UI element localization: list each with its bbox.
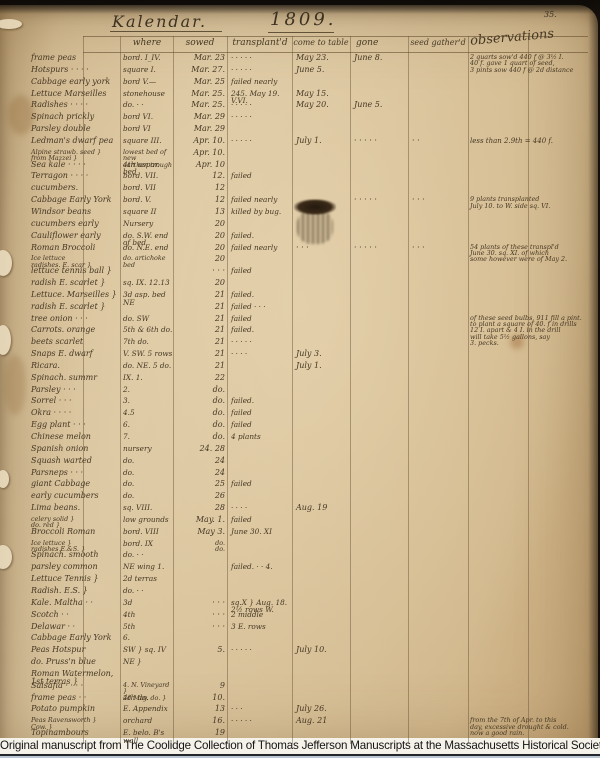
cell-plant-name: Salsafia · · · · — [31, 682, 123, 690]
cell-plant-name: cucumbers. — [31, 184, 123, 192]
cell-plant-name: Sea kale · · · · — [31, 161, 123, 169]
cell-where: bord. IX — [123, 540, 175, 548]
cell-where: do. N.E. end — [123, 244, 175, 252]
cell-where: bord VI — [123, 125, 175, 133]
manuscript-photo: Kalendar. 1809. 35. where sowed transpla… — [0, 0, 600, 758]
table-row: Lettuce. Marseilles } 3d asp. bed NE 21 … — [0, 291, 598, 303]
cell-where: IX. 1. — [123, 374, 175, 382]
cell-sowed: · · · — [177, 623, 225, 631]
cell-transplanted: failed — [231, 516, 293, 524]
cell-plant-name: Topinambours — [31, 729, 123, 737]
cell-where: do. NE. 5 do. — [123, 362, 175, 370]
footer-strip — [0, 754, 600, 758]
cell-sowed: 20 — [177, 232, 225, 240]
cell-plant-name: Spanish onion — [31, 445, 123, 453]
cell-gone: June 8. — [354, 54, 408, 62]
cell-transplanted: failed nearly — [231, 196, 293, 204]
cell-plant-name: Cabbage Early York — [31, 634, 123, 642]
cell-sowed: 24 — [177, 457, 225, 465]
cell-sowed: Mar. 29 — [177, 113, 225, 121]
cell-come-to-table: June 5. — [296, 66, 350, 74]
cell-observations: of these seed bulbs, 911 fill a pint. to… — [470, 315, 590, 347]
cell-where: bord. VIII — [123, 528, 175, 536]
cell-where: bord. V. — [123, 196, 175, 204]
cell-where: Nursery — [123, 220, 175, 228]
cell-transplanted: failed nearly — [231, 244, 293, 252]
cell-transplanted: failed. — [231, 326, 293, 334]
cell-transplanted: failed — [231, 172, 293, 180]
cell-sowed: 12. — [177, 172, 225, 180]
cell-plant-name: Peas Hotspur — [31, 646, 123, 654]
cell-sowed: do. — [177, 421, 225, 429]
photo-top-shadow — [0, 0, 600, 14]
cell-plant-name: Radishes · · · · — [31, 101, 123, 109]
cell-come-to-table: July 1. — [296, 362, 350, 370]
cell-where: do. · · — [123, 587, 175, 595]
table-row: Broccoli Roman bord. VIII May 3. June 30… — [0, 528, 598, 540]
cell-transplanted: failed — [231, 315, 293, 323]
cell-transplanted: · · · · · — [231, 717, 293, 725]
cell-plant-name: beets scarlet — [31, 338, 123, 346]
cell-sowed: 16. — [177, 717, 225, 725]
cell-plant-name: Potato pumpkin — [31, 705, 123, 713]
cell-sowed: 28 — [177, 504, 225, 512]
cell-gone: June 5. — [354, 101, 408, 109]
cell-plant-name: radish E. scarlet } — [31, 303, 123, 311]
cell-where: 5th — [123, 623, 175, 631]
cell-sowed: do. — [177, 397, 225, 405]
cell-observations: 9 plants transplanted July 10. to W. sid… — [470, 196, 590, 209]
cell-sowed: Mar. 25. — [177, 90, 225, 98]
cell-plant-name: Ricara. — [31, 362, 123, 370]
cell-observations: less than 2.9th = 440 f. — [470, 137, 590, 145]
cell-come-to-table: July 10. — [296, 646, 350, 654]
cell-where: 3d — [123, 599, 175, 607]
table-row: Salsafia · · · · 4. N. Vineyard } 2d May… — [0, 682, 598, 694]
table-row: Parsley · · · 2. do. — [0, 386, 598, 398]
cell-where: square I. — [123, 66, 175, 74]
table-row: Lettuce Tennis } 2d terras — [0, 575, 598, 587]
cell-plant-name: Lettuce Marseilles — [31, 90, 123, 98]
cell-transplanted: · · · · — [231, 504, 293, 512]
column-header-sowed: sowed — [175, 38, 225, 48]
cell-transplanted: failed — [231, 409, 293, 417]
cell-where: nursery — [123, 445, 175, 453]
cell-transplanted: · · · · · — [231, 101, 293, 109]
cell-plant-name: lettuce tennis ball } — [31, 267, 123, 275]
cell-where: do. · · — [123, 551, 175, 559]
year-underline — [268, 32, 334, 33]
cell-seed-gathered: · · — [412, 137, 468, 145]
cell-plant-name: Cauliflower early — [31, 232, 123, 240]
cell-plant-name: Ledman's dwarf pea — [31, 137, 123, 145]
cell-transplanted: · · · · · — [231, 54, 293, 62]
cell-transplanted: failed nearly — [231, 78, 293, 86]
cell-plant-name: Lettuce Tennis } — [31, 575, 123, 583]
cell-plant-name: Parsneps · · · — [31, 469, 123, 477]
cell-sowed: 5. — [177, 646, 225, 654]
cell-where: NE wing 1. — [123, 563, 175, 571]
cell-where: E. belo. B's wall — [123, 729, 175, 744]
cell-sowed: 9 — [177, 682, 225, 690]
cell-where: bord. VII. — [123, 172, 175, 180]
cell-transplanted: failed — [231, 267, 293, 275]
cell-sowed: Mar. 27. — [177, 66, 225, 74]
cell-where: 5th & 6th do. — [123, 326, 175, 334]
table-row: Lima beans. sq. VIII. 28 · · · · Aug. 19 — [0, 504, 598, 516]
cell-where: 3. — [123, 397, 175, 405]
cell-plant-name: Broccoli Roman — [31, 528, 123, 536]
cell-plant-name: Carrots. orange — [31, 326, 123, 334]
cell-sowed: 21 — [177, 315, 225, 323]
cell-come-to-table: May 23. — [296, 54, 350, 62]
cell-sowed: 13 — [177, 705, 225, 713]
table-row: Roman Watermelon, 1st terras } — [0, 670, 598, 682]
cell-transplanted: · · · · · — [231, 66, 293, 74]
cell-come-to-table: · · · — [296, 244, 350, 252]
cell-plant-name: radish E. scarlet } — [31, 279, 123, 287]
cell-transplanted: June 30. XI — [231, 528, 293, 536]
cell-sowed: Apr. 10. — [177, 149, 225, 157]
cell-plant-name: Spinach. summr — [31, 374, 123, 382]
cell-come-to-table: July 3. — [296, 350, 350, 358]
cell-sowed: 13 — [177, 208, 225, 216]
cell-transplanted: failed. · · 4. — [231, 563, 293, 571]
cell-plant-name: Scotch · · — [31, 611, 123, 619]
cell-transplanted: failed — [231, 421, 293, 429]
cell-transplanted: failed · · · — [231, 303, 293, 311]
cell-where: bord. I_IV. — [123, 54, 175, 62]
cell-where: do. · · — [123, 101, 175, 109]
cell-plant-name: do. Pruss'n blue — [31, 658, 123, 666]
cell-where: sq. IX. 12.13 — [123, 279, 175, 287]
cell-transplanted: · · · · · — [231, 338, 293, 346]
cell-plant-name: Windsor beans — [31, 208, 123, 216]
cell-observations: from the 7th of Apr. to this day, excess… — [470, 717, 590, 736]
cell-sowed: 21 — [177, 303, 225, 311]
column-header-where: where — [122, 38, 172, 48]
cell-where: do. — [123, 492, 175, 500]
cell-sowed: · · · — [177, 599, 225, 607]
cell-plant-name: Cabbage early york — [31, 78, 123, 86]
cell-where: V. SW. 5 rows — [123, 350, 175, 358]
cell-sowed: 19 — [177, 729, 225, 737]
ink-smudge — [297, 210, 333, 244]
cell-sowed: 20 — [177, 220, 225, 228]
cell-transplanted: failed. — [231, 232, 293, 240]
manuscript-page: Kalendar. 1809. 35. where sowed transpla… — [0, 5, 598, 758]
cell-transplanted: failed. — [231, 397, 293, 405]
cell-where: sq. VIII. — [123, 504, 175, 512]
cell-sowed: 21 — [177, 291, 225, 299]
cell-sowed: Mar. 25 — [177, 78, 225, 86]
cell-sowed: 21 — [177, 350, 225, 358]
cell-plant-name: Terragon · · · · — [31, 172, 123, 180]
table-row: radish E. scarlet } 21 failed · · · — [0, 303, 598, 315]
cell-plant-name: Delawar · · — [31, 623, 123, 631]
cell-transplanted: failed. — [231, 291, 293, 299]
column-header-observations: observations — [470, 24, 581, 49]
column-header-come-to-table: come to table — [293, 38, 349, 47]
cell-transplanted: · · · · · — [231, 137, 293, 145]
cell-plant-name: early cucumbers — [31, 492, 123, 500]
cell-transplanted: killed by bug. — [231, 208, 293, 216]
cell-plant-name: frame peas — [31, 54, 123, 62]
cell-plant-name: Lettuce. Marseilles } — [31, 291, 123, 299]
title-underline — [110, 31, 222, 32]
cell-sowed: Mar. 23 — [177, 54, 225, 62]
table-row: Squash warted do. 24 — [0, 457, 598, 469]
cell-seed-gathered: · · · — [412, 244, 468, 252]
cell-plant-name: Egg plant · · · — [31, 421, 123, 429]
column-header-gone: gone — [352, 38, 396, 48]
table-row: Ricara. do. NE. 5 do. 21 July 1. — [0, 362, 598, 374]
cell-sowed: · · · — [177, 267, 225, 275]
cell-where: 7th do. — [123, 338, 175, 346]
cell-transplanted: · · · — [231, 705, 293, 713]
cell-plant-name: giant Cabbage — [31, 480, 123, 488]
table-row: celery solid } do. red } low grounds May… — [0, 516, 598, 528]
cell-come-to-table: May 15. — [296, 90, 350, 98]
cell-where: orchard — [123, 717, 175, 725]
table-rows: frame peas bord. I_IV. Mar. 23 · · · · ·… — [0, 54, 598, 741]
cell-sowed: 24. 28 — [177, 445, 225, 453]
cell-sowed: May 3. — [177, 528, 225, 536]
cell-transplanted: · · · · · — [231, 113, 293, 121]
cell-plant-name: parsley common — [31, 563, 123, 571]
table-row: Spinach. summr IX. 1. 22 — [0, 374, 598, 386]
cell-sowed: Mar. 25. — [177, 101, 225, 109]
cell-sowed: · · · — [177, 611, 225, 619]
column-header-seed-gathered: seed gather'd — [410, 38, 466, 47]
cell-where: 7. — [123, 433, 175, 441]
paper-tear — [0, 19, 22, 29]
cell-where: 4th do. — [123, 694, 175, 702]
cell-come-to-table: Aug. 21 — [296, 717, 350, 725]
cell-transplanted: failed — [231, 480, 293, 488]
cell-plant-name: Okra · · · · — [31, 409, 123, 417]
cell-sowed: 20 — [177, 279, 225, 287]
cell-plant-name: Squash warted — [31, 457, 123, 465]
page-title: Kalendar. — [112, 12, 207, 31]
cell-where: do. — [123, 480, 175, 488]
cell-sowed: 22 — [177, 374, 225, 382]
cell-where: 2d terras — [123, 575, 175, 583]
cell-sowed: 10. — [177, 694, 225, 702]
cell-plant-name: Spinach prickly — [31, 113, 123, 121]
table-row: Cabbage early york bord V.— Mar. 25 fail… — [0, 78, 598, 90]
cell-plant-name: Cabbage Early York — [31, 196, 123, 204]
cell-transplanted: 4 plants — [231, 433, 293, 441]
cell-where: SW } sq. IV — [123, 646, 175, 654]
cell-where: 2. — [123, 386, 175, 394]
cell-where: bord VI. — [123, 113, 175, 121]
cell-sowed: do. — [177, 409, 225, 417]
table-row: Sea kale · · · · 4th aspar. bed Apr. 10 — [0, 161, 598, 173]
cell-where: E. Appendix — [123, 705, 175, 713]
cell-transplanted: 2 middle — [231, 611, 293, 619]
cell-where: square II — [123, 208, 175, 216]
cell-transplanted: 3 E. rows — [231, 623, 293, 631]
cell-where: 4th — [123, 611, 175, 619]
cell-sowed: 21 — [177, 338, 225, 346]
cell-plant-name: Sorrel · · · — [31, 397, 123, 405]
cell-plant-name: cucumbers early — [31, 220, 123, 228]
table-row: Okra · · · · 4.5 do. failed — [0, 409, 598, 421]
cell-observations: 54 plants of these transpl'd June 30. sq… — [470, 244, 590, 263]
table-row: Sorrel · · · 3. do. failed. — [0, 397, 598, 409]
cell-seed-gathered: · · · — [412, 196, 468, 204]
cell-gone: · · · · · — [354, 137, 408, 145]
cell-sowed: do. — [177, 433, 225, 441]
cell-sowed: Apr. 10 — [177, 161, 225, 169]
table-row: Chinese melon 7. do. 4 plants — [0, 433, 598, 445]
cell-where: square III. — [123, 137, 175, 145]
cell-plant-name: Snaps E. dwarf — [31, 350, 123, 358]
cell-sowed: 25 — [177, 480, 225, 488]
cell-plant-name: Spinach. smooth — [31, 551, 123, 559]
table-row: Ledman's dwarf pea square III. Apr. 10. … — [0, 137, 598, 149]
cell-come-to-table: July 1. — [296, 137, 350, 145]
table-row: Kale. Maltha · · 3d · · · sq.X } Aug. 18… — [0, 599, 598, 611]
cell-plant-name: Hotspurs · · · · — [31, 66, 123, 74]
table-row: Alpine strawb. seed } from Mazzei } lowe… — [0, 149, 598, 161]
cell-plant-name: Radish. E.S. } — [31, 587, 123, 595]
cell-where: do. — [123, 469, 175, 477]
cell-where: bord. VII — [123, 184, 175, 192]
cell-sowed: Apr. 10. — [177, 137, 225, 145]
cell-plant-name: Parsley · · · — [31, 386, 123, 394]
table-row: Roman Broccoli do. N.E. end 20 failed ne… — [0, 244, 598, 256]
cell-sowed: 24 — [177, 469, 225, 477]
cell-sowed: 12 — [177, 184, 225, 192]
table-row: Terragon · · · · bord. VII. 12. failed — [0, 172, 598, 184]
table-row: Spanish onion nursery 24. 28 — [0, 445, 598, 457]
cell-sowed: 20 — [177, 255, 225, 263]
cell-plant-name: Parsley double — [31, 125, 123, 133]
cell-come-to-table: Aug. 19 — [296, 504, 350, 512]
cell-gone: · · · · · — [354, 196, 408, 204]
cell-where: 6. — [123, 634, 175, 642]
cell-come-to-table: July 26. — [296, 705, 350, 713]
cell-where: bord V.— — [123, 78, 175, 86]
cell-where: do. — [123, 457, 175, 465]
cell-transplanted: · · · · · — [231, 646, 293, 654]
cell-where: 4.5 — [123, 409, 175, 417]
cell-plant-name: Kale. Maltha · · — [31, 599, 123, 607]
cell-sowed: do. — [177, 386, 225, 394]
cell-sowed: 21 — [177, 362, 225, 370]
cell-where: low grounds — [123, 516, 175, 524]
cell-plant-name: tree onion · · · — [31, 315, 123, 323]
cell-where: stonehouse — [123, 90, 175, 98]
cell-sowed: 12 — [177, 196, 225, 204]
column-header-transplanted: transplant'd — [229, 38, 291, 48]
cell-plant-name: Roman Broccoli — [31, 244, 123, 252]
cell-plant-name: Chinese melon — [31, 433, 123, 441]
table-row: Peas Ravensworth } Cow. } orchard 16. · … — [0, 717, 598, 729]
cell-where: do. SW — [123, 315, 175, 323]
cell-observations: 2 quarts sow'd 440 f @ 3½ I. 40 f. gave … — [470, 54, 590, 73]
cell-come-to-table: May 20. — [296, 101, 350, 109]
table-row: Scotch · · 4th · · · 2 middle — [0, 611, 598, 623]
cell-where: NE } — [123, 658, 175, 666]
cell-sowed: 21 — [177, 326, 225, 334]
cell-plant-name: Lima beans. — [31, 504, 123, 512]
cell-sowed: Mar. 29 — [177, 125, 225, 133]
cell-sowed: 26 — [177, 492, 225, 500]
cell-transplanted: · · · · — [231, 350, 293, 358]
cell-gone: · · · · · — [354, 244, 408, 252]
cell-sowed: 20 — [177, 244, 225, 252]
cell-sowed: May. 1. — [177, 516, 225, 524]
cell-plant-name: frame peas · · — [31, 694, 123, 702]
cell-where: 6. — [123, 421, 175, 429]
